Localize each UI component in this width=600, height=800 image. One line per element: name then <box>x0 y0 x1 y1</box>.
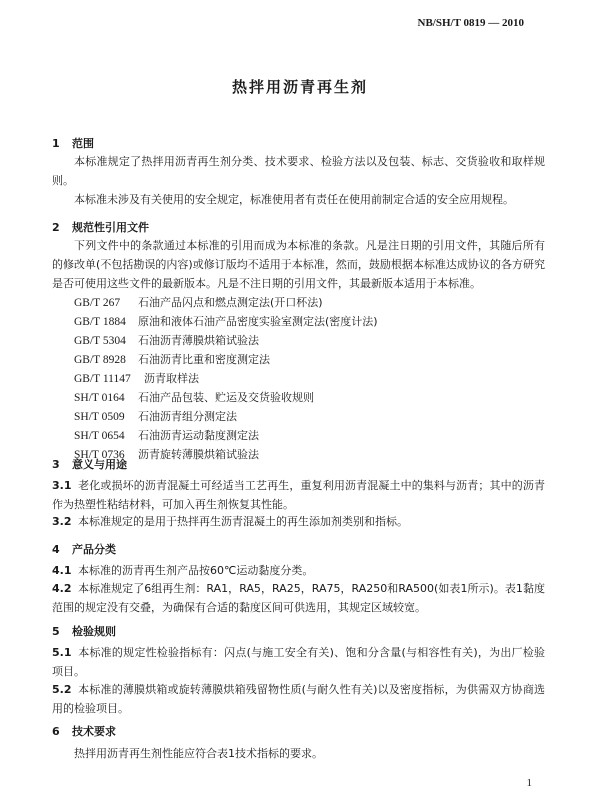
section-number: 4 <box>52 543 72 556</box>
page-number: 1 <box>527 777 533 789</box>
clause: 5.2本标准的薄膜烘箱或旋转薄膜烘箱残留物性质(与耐久性有关)以及密度指标，为供… <box>52 680 545 718</box>
reference-title: 原油和液体石油产品密度实验室测定法(密度计法) <box>138 315 378 328</box>
reference-code: GB/T 1884 <box>74 316 138 328</box>
reference-code: SH/T 0509 <box>74 411 138 423</box>
clause-text: 本标准的薄膜烘箱或旋转薄膜烘箱残留物性质(与耐久性有关)以及密度指标，为供需双方… <box>52 683 545 715</box>
clause-text: 老化或损坏的沥青混凝土可经适当工艺再生，重复利用沥青混凝土中的集料与沥青；其中的… <box>52 479 545 511</box>
clause-number: 5.2 <box>52 680 78 699</box>
section-title: 检验规则 <box>72 625 116 638</box>
reference-code: GB/T 8928 <box>74 354 138 366</box>
section-heading-1: 1范围 <box>52 135 94 151</box>
reference-item: SH/T 0654石油沥青运动黏度测定法 <box>74 427 259 443</box>
clause-text: 本标准规定了6组再生剂：RA1，RA5，RA25，RA75，RA250和RA50… <box>52 582 545 614</box>
reference-code: SH/T 0164 <box>74 392 138 404</box>
section-number: 5 <box>52 625 72 638</box>
paragraph: 下列文件中的条款通过本标准的引用而成为本标准的条款。凡是注日期的引用文件，其随后… <box>52 236 545 293</box>
reference-code: GB/T 5304 <box>74 335 138 347</box>
paragraph: 本标准未涉及有关使用的安全规定，标准使用者有责任在使用前制定合适的安全应用规程。 <box>52 190 545 209</box>
document-title: 热拌用沥青再生剂 <box>0 76 600 97</box>
section-heading-3: 3意义与用途 <box>52 456 127 472</box>
section-heading-4: 4产品分类 <box>52 541 116 557</box>
clause-number: 4.2 <box>52 579 78 598</box>
standard-code: NB/SH/T 0819 — 2010 <box>418 17 524 29</box>
reference-item: GB/T 11147沥青取样法 <box>74 370 199 386</box>
clause: 4.1本标准的沥青再生剂产品按60℃运动黏度分类。 <box>52 561 545 580</box>
reference-item: GB/T 8928石油沥青比重和密度测定法 <box>74 351 270 367</box>
section-title: 规范性引用文件 <box>72 221 149 234</box>
clause-number: 5.1 <box>52 643 78 662</box>
clause-text: 本标准的规定性检验指标有：闪点(与施工安全有关)、饱和分含量(与相容性有关)，为… <box>52 646 545 678</box>
section-number: 1 <box>52 137 72 150</box>
clause-number: 4.1 <box>52 561 78 580</box>
reference-title: 沥青旋转薄膜烘箱试验法 <box>138 448 259 461</box>
reference-title: 沥青取样法 <box>144 372 199 385</box>
clause-number: 3.1 <box>52 476 78 495</box>
reference-code: SH/T 0654 <box>74 430 138 442</box>
section-title: 范围 <box>72 137 94 150</box>
paragraph: 热拌用沥青再生剂性能应符合表1技术指标的要求。 <box>52 744 545 763</box>
reference-title: 石油产品闪点和燃点测定法(开口杯法) <box>138 296 323 309</box>
clause: 3.2本标准规定的是用于热拌再生沥青混凝土的再生添加剂类别和指标。 <box>52 512 545 531</box>
reference-code: GB/T 11147 <box>74 373 144 385</box>
clause-text: 本标准规定的是用于热拌再生沥青混凝土的再生添加剂类别和指标。 <box>78 515 408 528</box>
section-number: 2 <box>52 221 72 234</box>
reference-title: 石油沥青比重和密度测定法 <box>138 353 270 366</box>
section-number: 3 <box>52 458 72 471</box>
paragraph: 本标准规定了热拌用沥青再生剂分类、技术要求、检验方法以及包装、标志、交货验收和取… <box>52 152 545 190</box>
reference-title: 石油沥青运动黏度测定法 <box>138 429 259 442</box>
reference-title: 石油产品包装、贮运及交货验收规则 <box>138 391 314 404</box>
section-title: 技术要求 <box>72 725 116 738</box>
section-title: 意义与用途 <box>72 458 127 471</box>
reference-item: GB/T 5304石油沥青薄膜烘箱试验法 <box>74 332 259 348</box>
reference-item: GB/T 267石油产品闪点和燃点测定法(开口杯法) <box>74 294 323 310</box>
reference-title: 石油沥青薄膜烘箱试验法 <box>138 334 259 347</box>
clause-number: 3.2 <box>52 512 78 531</box>
reference-item: SH/T 0509石油沥青组分测定法 <box>74 408 237 424</box>
reference-item: GB/T 1884原油和液体石油产品密度实验室测定法(密度计法) <box>74 313 378 329</box>
reference-code: GB/T 267 <box>74 297 138 309</box>
reference-title: 石油沥青组分测定法 <box>138 410 237 423</box>
clause: 3.1老化或损坏的沥青混凝土可经适当工艺再生，重复利用沥青混凝土中的集料与沥青；… <box>52 476 545 514</box>
clause-text: 本标准的沥青再生剂产品按60℃运动黏度分类。 <box>78 564 313 577</box>
section-heading-5: 5检验规则 <box>52 623 116 639</box>
section-title: 产品分类 <box>72 543 116 556</box>
section-heading-6: 6技术要求 <box>52 723 116 739</box>
section-number: 6 <box>52 725 72 738</box>
clause: 4.2本标准规定了6组再生剂：RA1，RA5，RA25，RA75，RA250和R… <box>52 579 545 617</box>
section-heading-2: 2规范性引用文件 <box>52 219 149 235</box>
clause: 5.1本标准的规定性检验指标有：闪点(与施工安全有关)、饱和分含量(与相容性有关… <box>52 643 545 681</box>
reference-item: SH/T 0164石油产品包装、贮运及交货验收规则 <box>74 389 314 405</box>
